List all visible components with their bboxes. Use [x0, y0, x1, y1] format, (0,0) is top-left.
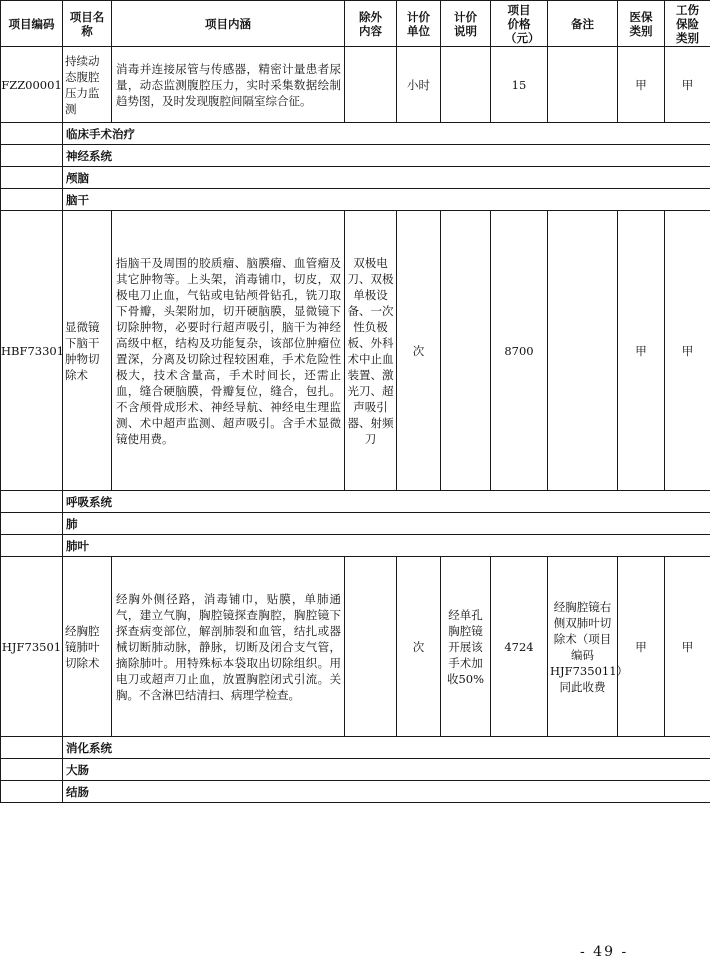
- item-name: 经胸腔镜肺叶切除术: [63, 557, 112, 737]
- item-remark: 经胸腔镜右侧双肺叶切除术（项目编码HJF735011）同此收费: [548, 557, 618, 737]
- item-injury-insurance: 甲: [665, 211, 710, 491]
- item-injury-insurance: 甲: [665, 557, 710, 737]
- item-name: 持续动态腹腔压力监测: [63, 47, 112, 123]
- item-price: 15: [491, 47, 548, 123]
- section-code-cell: [1, 189, 63, 211]
- item-exclusions: [345, 47, 397, 123]
- section-row: 肺叶: [1, 535, 710, 557]
- header-price: 项目价格（元）: [491, 1, 548, 47]
- item-exclusions: 双极电刀、双极单极设备、一次性负极板、外科术中止血装置、激光刀、超声吸引器、射频…: [345, 211, 397, 491]
- section-code-cell: [1, 491, 63, 513]
- item-unit: 小时: [397, 47, 441, 123]
- item-code: HBF73301: [1, 211, 63, 491]
- item-medical-insurance: 甲: [618, 211, 665, 491]
- item-content: 指脑干及周围的胶质瘤、脑膜瘤、血管瘤及其它肿物等。上头架，消毒铺巾，切皮，双极电…: [112, 211, 345, 491]
- section-label: 颅脑: [63, 167, 710, 189]
- header-injury-insurance: 工伤保险类别: [665, 1, 710, 47]
- item-content: 经胸外侧径路，消毒铺巾，贴膜，单肺通气，建立气胸，胸腔镜探查胸腔，胸腔镜下探查病…: [112, 557, 345, 737]
- section-row: 脑干: [1, 189, 710, 211]
- table-row: HJF73501 经胸腔镜肺叶切除术 经胸外侧径路，消毒铺巾，贴膜，单肺通气，建…: [1, 557, 710, 737]
- section-code-cell: [1, 737, 63, 759]
- table-header-row: 项目编码 项目名称 项目内涵 除外内容 计价单位 计价说明 项目价格（元） 备注…: [1, 1, 710, 47]
- item-unit: 次: [397, 211, 441, 491]
- section-code-cell: [1, 759, 63, 781]
- section-code-cell: [1, 535, 63, 557]
- item-pricing-note: [441, 47, 491, 123]
- section-row: 临床手术治疗: [1, 123, 710, 145]
- item-exclusions: [345, 557, 397, 737]
- section-label: 呼吸系统: [63, 491, 710, 513]
- page-number: - 49 -: [580, 944, 628, 960]
- section-code-cell: [1, 513, 63, 535]
- header-content: 项目内涵: [112, 1, 345, 47]
- item-pricing-note: 经单孔胸腔镜开展该手术加收50%: [441, 557, 491, 737]
- item-medical-insurance: 甲: [618, 557, 665, 737]
- section-row: 消化系统: [1, 737, 710, 759]
- section-label: 肺叶: [63, 535, 710, 557]
- header-unit: 计价单位: [397, 1, 441, 47]
- section-code-cell: [1, 145, 63, 167]
- section-label: 结肠: [63, 781, 710, 803]
- header-code: 项目编码: [1, 1, 63, 47]
- section-code-cell: [1, 781, 63, 803]
- section-row: 结肠: [1, 781, 710, 803]
- table-row: HBF73301 显微镜下脑干肿物切除术 指脑干及周围的胶质瘤、脑膜瘤、血管瘤及…: [1, 211, 710, 491]
- item-remark: [548, 211, 618, 491]
- header-remark: 备注: [548, 1, 618, 47]
- item-injury-insurance: 甲: [665, 47, 710, 123]
- table-row: FZZ00001 持续动态腹腔压力监测 消毒并连接尿管与传感器，精密计量患者尿量…: [1, 47, 710, 123]
- section-label: 消化系统: [63, 737, 710, 759]
- medical-fee-table: 项目编码 项目名称 项目内涵 除外内容 计价单位 计价说明 项目价格（元） 备注…: [0, 0, 710, 803]
- item-medical-insurance: 甲: [618, 47, 665, 123]
- item-price: 4724: [491, 557, 548, 737]
- section-row: 神经系统: [1, 145, 710, 167]
- item-code: HJF73501: [1, 557, 63, 737]
- item-price: 8700: [491, 211, 548, 491]
- section-row: 肺: [1, 513, 710, 535]
- item-unit: 次: [397, 557, 441, 737]
- section-label: 临床手术治疗: [63, 123, 710, 145]
- header-exclusions: 除外内容: [345, 1, 397, 47]
- item-pricing-note: [441, 211, 491, 491]
- section-row: 呼吸系统: [1, 491, 710, 513]
- item-name: 显微镜下脑干肿物切除术: [63, 211, 112, 491]
- item-content: 消毒并连接尿管与传感器，精密计量患者尿量，动态监测腹腔压力，实时采集数据绘制趋势…: [112, 47, 345, 123]
- section-label: 神经系统: [63, 145, 710, 167]
- section-label: 大肠: [63, 759, 710, 781]
- item-code: FZZ00001: [1, 47, 63, 123]
- section-label: 肺: [63, 513, 710, 535]
- header-medical-insurance: 医保类别: [618, 1, 665, 47]
- header-pricing-note: 计价说明: [441, 1, 491, 47]
- section-label: 脑干: [63, 189, 710, 211]
- section-row: 大肠: [1, 759, 710, 781]
- section-row: 颅脑: [1, 167, 710, 189]
- header-name: 项目名称: [63, 1, 112, 47]
- item-remark: [548, 47, 618, 123]
- section-code-cell: [1, 167, 63, 189]
- section-code-cell: [1, 123, 63, 145]
